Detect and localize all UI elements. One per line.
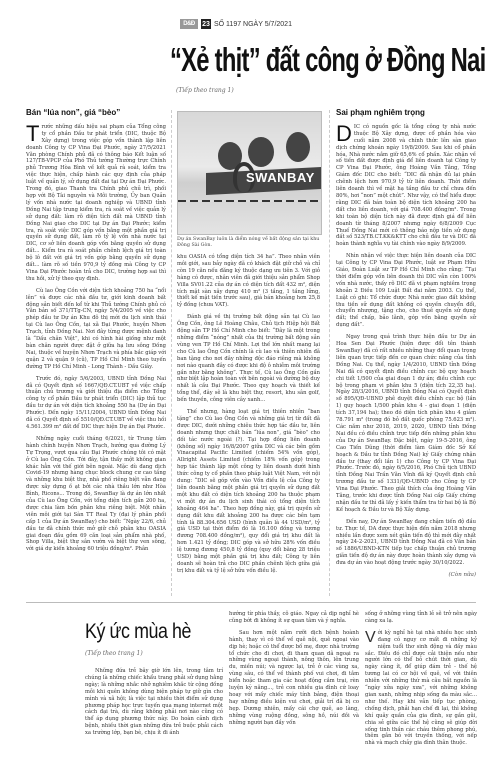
photo-caption: Dự án SwanBay luôn là điểm nóng về bất đ… <box>177 237 320 250</box>
paragraph: Với kỳ nghỉ hè tại nhà nhiều học sinh đa… <box>365 630 477 747</box>
paragraph: Những đứa trẻ bây giờ lớn lên, trong tâm… <box>85 668 223 737</box>
paragraph: Đánh giá về thị trường bất động sản tại … <box>177 314 320 404</box>
column-divider <box>329 110 330 596</box>
to-be-continued: (Còn nữa) <box>336 572 476 579</box>
article2-headline: Ký ức mùa hè <box>85 620 191 644</box>
article2-column-3: sống ở những vùng tỉnh lẻ sẽ trở nên ngà… <box>365 611 477 752</box>
paragraph: khu OASIA có tổng diện tích 34 ha”. Theo… <box>177 254 320 309</box>
sign-text: SWANBAY <box>246 170 315 185</box>
paragraph: Thế nhưng, hàng loạt giá trị thiên nhiên… <box>177 409 320 575</box>
column-divider <box>171 110 172 596</box>
paragraph: Đến nay, Dự án SwanBay đang chậm tiến độ… <box>336 519 476 567</box>
paragraph: Ngay trong quá trình thực hiện đầu tư Dự… <box>336 334 476 514</box>
article-separator <box>26 602 476 603</box>
paragraph: Nhìn nhận về việc thực hiện liên doanh c… <box>336 253 476 329</box>
article2-column-2: hướng từ phía thầy, cô giáo. Ngay cả dịp… <box>229 611 359 732</box>
article-column-3: Sai phạm nghiêm trọng DIC có nguồn gốc l… <box>336 110 476 579</box>
paragraph: Những ngày cuối tháng 6/2021, từ Trung t… <box>26 436 166 553</box>
paragraph: Trước những dấu hiệu sai phạm của Tổng c… <box>26 124 166 283</box>
paragraph: Sau hơn một năm rưỡi dịch bệnh hoành hàn… <box>229 630 359 727</box>
section-subhead: Bán “lúa non”, giá “bèo” <box>26 110 166 117</box>
paragraph: sống ở những vùng tỉnh lẻ sẽ trở nên ngà… <box>365 611 477 625</box>
article-headline: “Xẻ thịt” đất công ở Đồng Nai <box>170 40 408 80</box>
continued-note: (Tiếp theo trang 1) <box>85 650 143 657</box>
paragraph: hướng từ phía thầy, cô giáo. Ngay cả dịp… <box>229 611 359 625</box>
drop-cap: V <box>365 631 376 645</box>
masthead: D&Đ 23 SỐ 1197 NGÀY 5/7/2021 <box>180 19 292 29</box>
page-number: 23 <box>201 19 211 29</box>
article-column-1: Bán “lúa non”, giá “bèo” Trước những dấu… <box>26 110 166 558</box>
tree-shape <box>286 132 310 162</box>
road-marking <box>178 200 321 202</box>
swanbay-photo: SWANBAY <box>177 111 322 235</box>
drop-cap: D <box>336 125 352 143</box>
newspaper-logo: D&Đ <box>180 19 198 29</box>
drop-cap: T <box>26 125 39 143</box>
issue-info: SỐ 1197 NGÀY 5/7/2021 <box>214 21 292 28</box>
section-subhead: Sai phạm nghiêm trọng <box>336 110 476 117</box>
paragraph: Cù lao Ông Cồn với diện tích khoảng 750 … <box>26 288 166 371</box>
continued-note: (Tiếp theo trang 1) <box>176 87 234 94</box>
article-column-2: khu OASIA có tổng diện tích 34 ha”. Theo… <box>177 254 320 580</box>
tree-shape <box>248 137 274 167</box>
article2-column-1: Những đứa trẻ bây giờ lớn lên, trong tâm… <box>85 668 223 742</box>
paragraph: Trước đó, ngày 5/6/2003, UBND tỉnh Đồng … <box>26 376 166 431</box>
paragraph: DIC có nguồn gốc là tổng công ty nhà nướ… <box>336 124 476 248</box>
